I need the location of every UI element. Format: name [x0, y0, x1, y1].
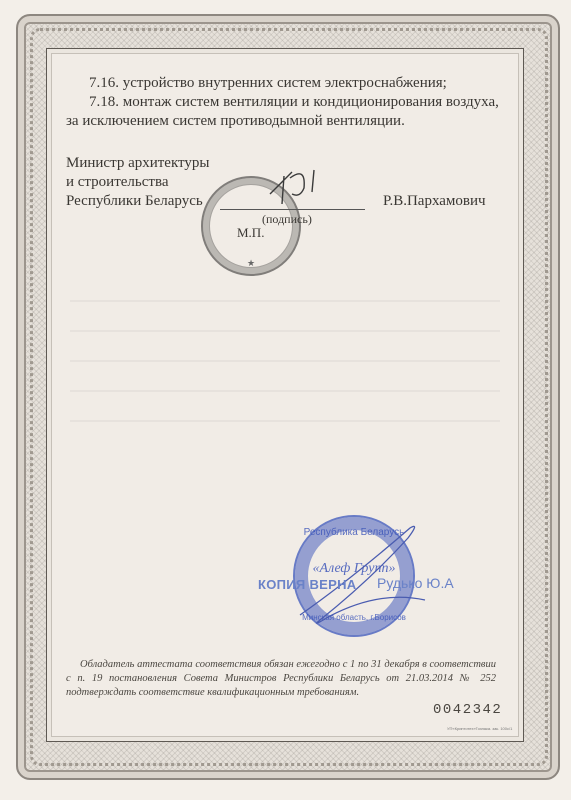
item-7-18-continuation: за исключением систем противодымной вент… — [66, 112, 405, 131]
signatory-name: Р.В.Пархамович — [383, 192, 486, 211]
bleed-through-line — [70, 330, 500, 332]
serial-number: 0042342 — [433, 702, 502, 718]
certified-copy-stamp: КОПИЯ ВЕРНА — [258, 577, 357, 592]
item-7-16: 7.16. устройство внутренних систем элект… — [89, 74, 447, 93]
signatory-title-line-1: Министр архитектуры — [66, 154, 210, 173]
bleed-through-line — [70, 390, 500, 392]
certificate-content-area — [46, 48, 524, 742]
signature-caption: (подпись) — [262, 210, 312, 229]
star-icon: ★ — [247, 258, 255, 269]
item-7-18: 7.18. монтаж систем вентиляции и кондици… — [89, 93, 499, 112]
minister-signature — [262, 164, 332, 214]
seal-caption: М.П. — [237, 223, 264, 242]
bleed-through-line — [70, 360, 500, 362]
requirements-footnote: Обладатель аттестата соответствия обязан… — [66, 658, 496, 700]
signatory-title-line-2: и строительства — [66, 173, 169, 192]
bleed-through-line — [70, 420, 500, 422]
printer-code: УП«Криптотех»Гознака. зак. 100с/1 — [447, 726, 512, 731]
signatory-title-line-3: Республики Беларусь — [66, 192, 203, 211]
certifier-name: Рудько Ю.А — [377, 575, 454, 591]
bleed-through-line — [70, 300, 500, 302]
